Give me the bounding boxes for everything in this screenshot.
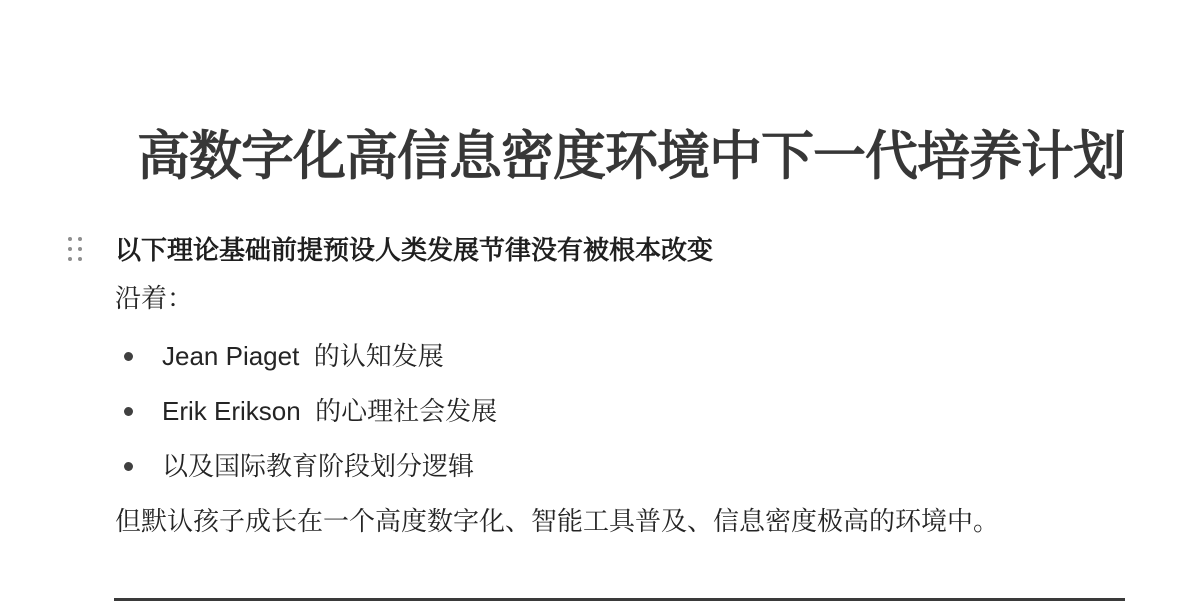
- lead-text-block[interactable]: 沿着：: [115, 281, 1105, 315]
- list-item[interactable]: Erik Erikson 的心理社会发展: [115, 394, 1105, 428]
- conclusion-text-block[interactable]: 但默认孩子成长在一个高度数字化、智能工具普及、信息密度极高的环境中。: [115, 504, 1105, 538]
- page-title[interactable]: 高数字化高信息密度环境中下一代培养计划: [137, 118, 1125, 196]
- bullet-text: 以及国际教育阶段划分逻辑: [162, 449, 474, 483]
- bullet-text: Erik Erikson 的心理社会发展: [162, 394, 497, 428]
- bullet-text: Jean Piaget 的认知发展: [162, 339, 444, 373]
- intro-bold-block[interactable]: 以下理论基础前提预设人类发展节律没有被根本改变: [115, 233, 1105, 267]
- list-item[interactable]: 以及国际教育阶段划分逻辑: [115, 449, 1105, 483]
- bullet-list: Jean Piaget 的认知发展 Erik Erikson 的心理社会发展 以…: [115, 339, 1105, 483]
- document-body: 以下理论基础前提预设人类发展节律没有被根本改变 沿着： Jean Piaget …: [115, 233, 1105, 538]
- intro-bold-text: 以下理论基础前提预设人类发展节律没有被根本改变: [115, 235, 713, 265]
- horizontal-divider: [114, 598, 1125, 601]
- drag-handle-icon[interactable]: [68, 237, 82, 261]
- bullet-dot-icon: [124, 407, 133, 416]
- bullet-dot-icon: [124, 462, 133, 471]
- list-item[interactable]: Jean Piaget 的认知发展: [115, 339, 1105, 373]
- bullet-dot-icon: [124, 352, 133, 361]
